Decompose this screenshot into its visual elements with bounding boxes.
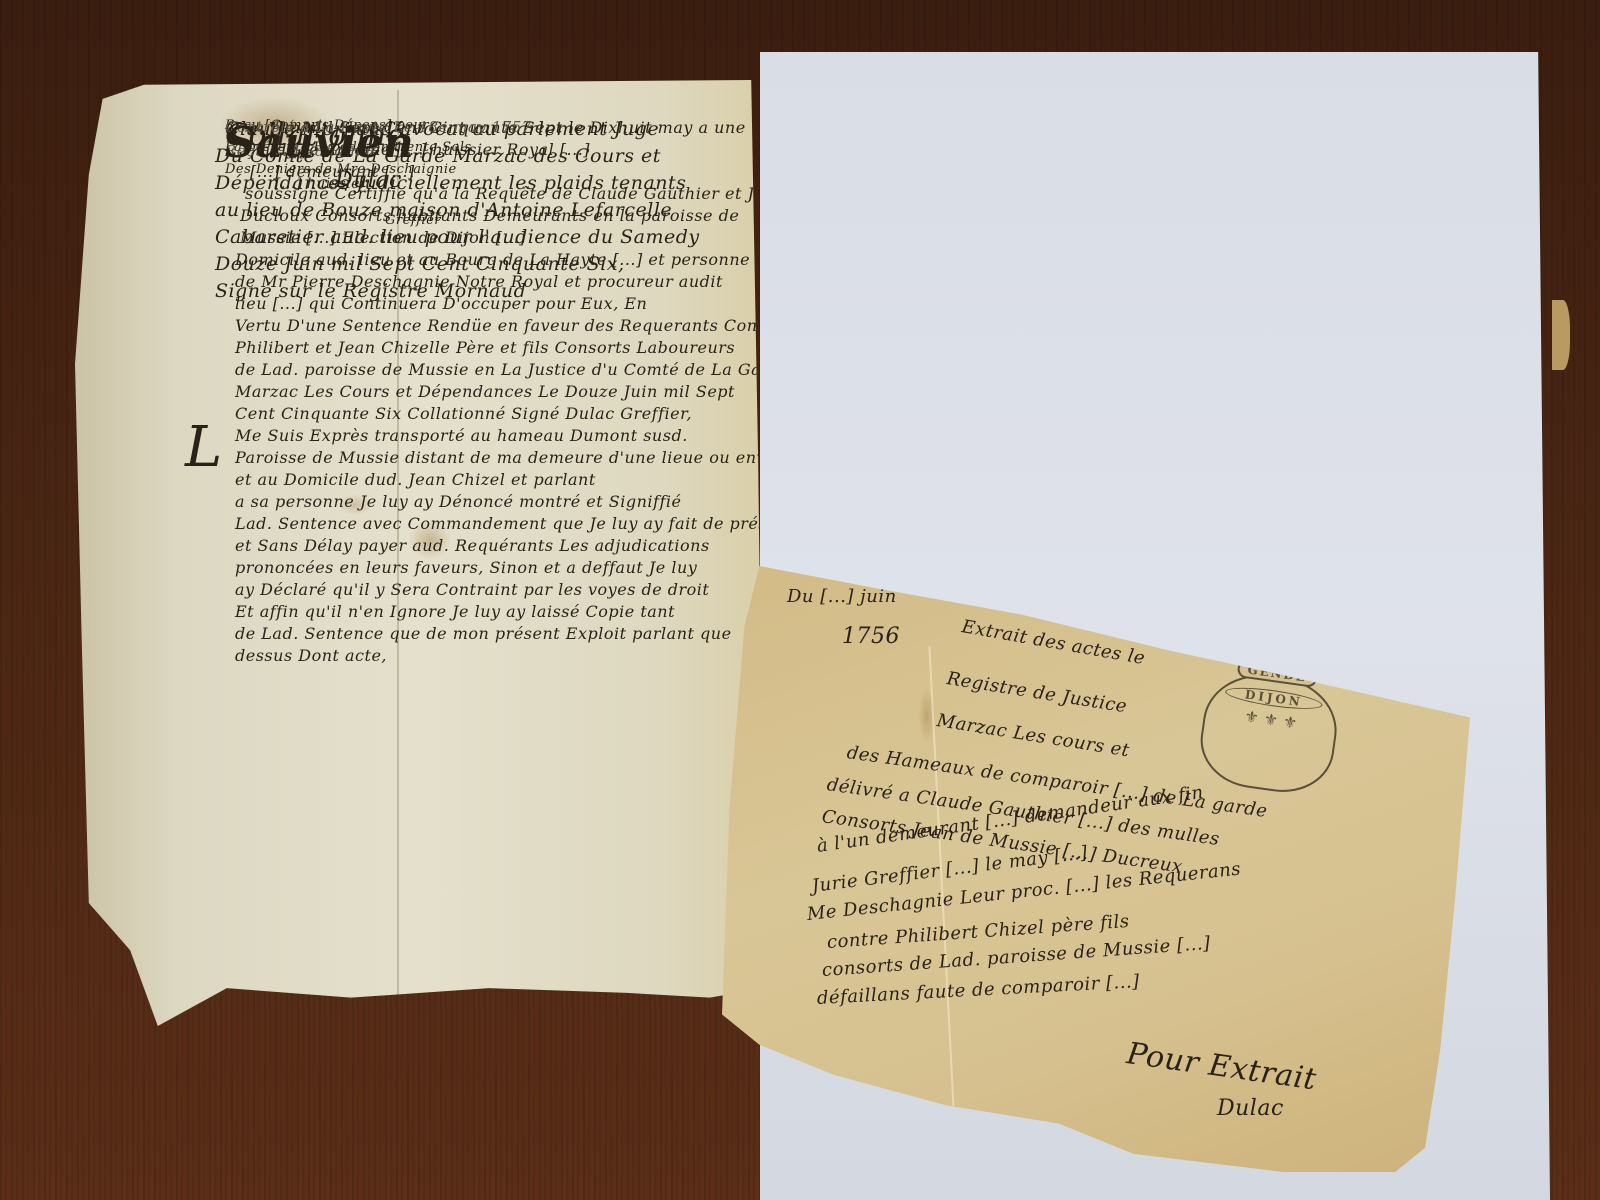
- text-line: Marzac Les cours et: [935, 710, 1131, 761]
- huissier-title: [...] huissier: [275, 176, 367, 192]
- text-line: Ducloux Consorts habitants Demeurants en…: [240, 206, 739, 225]
- text-line: de Mr Pierre Deschagnie Notre Royal et p…: [235, 272, 723, 291]
- text-line: et Sans Délay payer aud. Requérants Les …: [235, 536, 710, 555]
- huissier-signature: Sauvien: [225, 118, 414, 167]
- text-line: et au Domicile dud. Jean Chizel et parla…: [235, 470, 596, 489]
- text-line: Marzac Les Cours et Dépendances Le Douze…: [235, 382, 735, 401]
- text-line: Me Suis Exprès transporté au hameau Dumo…: [235, 426, 688, 445]
- greffier-signature: Dulac: [1217, 1096, 1284, 1121]
- decorative-initial: L: [185, 415, 222, 480]
- text-line: de Lad. Sentence que de mon présent Expl…: [235, 624, 732, 643]
- text-line: lieu [...] qui Continuera D'occuper pour…: [235, 294, 647, 313]
- text-line: Cent Cinquante Six Collationné Signé Dul…: [235, 404, 692, 423]
- text-line: de Lad. paroisse de Mussie en La Justice…: [235, 360, 790, 379]
- text-line: Registre de Justice: [945, 668, 1128, 717]
- text-line: Lad. Sentence avec Commandement que Je l…: [235, 514, 848, 533]
- generality-stamp: GENDE DIJON ⚜ ⚜ ⚜: [1195, 667, 1344, 799]
- text-line: Philibert et Jean Chizelle Père et fils …: [235, 338, 735, 357]
- year-note: 1756: [842, 624, 900, 649]
- text-line: Vertu D'une Sentence Rendüe en faveur de…: [235, 316, 783, 335]
- text-line: Et affin qu'il n'en Ignore Je luy ay lai…: [235, 602, 675, 621]
- date-note: Du [...] juin: [787, 586, 897, 607]
- text-line: prononcées en leurs faveurs, Sinon et a …: [235, 558, 697, 577]
- text-line: ay Déclaré qu'il y Sera Contraint par le…: [235, 580, 709, 599]
- text-line: Domicile aud. lieu et au Bourg de La Hay…: [235, 250, 750, 269]
- text-line: Paroisse de Mussie distant de ma demeure…: [235, 448, 801, 467]
- main-manuscript: Claude Mornaud avocat au parlement Juge …: [75, 80, 765, 1026]
- text-line: dessus Dont acte,: [235, 646, 387, 665]
- text-line: Mussie [...] Election de Dijon [...]: [240, 228, 526, 247]
- paper-scrap: [1552, 300, 1570, 370]
- text-line: a sa personne Je luy ay Dénoncé montré e…: [235, 492, 681, 511]
- closing-formula: Pour Extrait: [1125, 1036, 1319, 1097]
- photo-scene: Claude Mornaud avocat au parlement Juge …: [0, 0, 1600, 1200]
